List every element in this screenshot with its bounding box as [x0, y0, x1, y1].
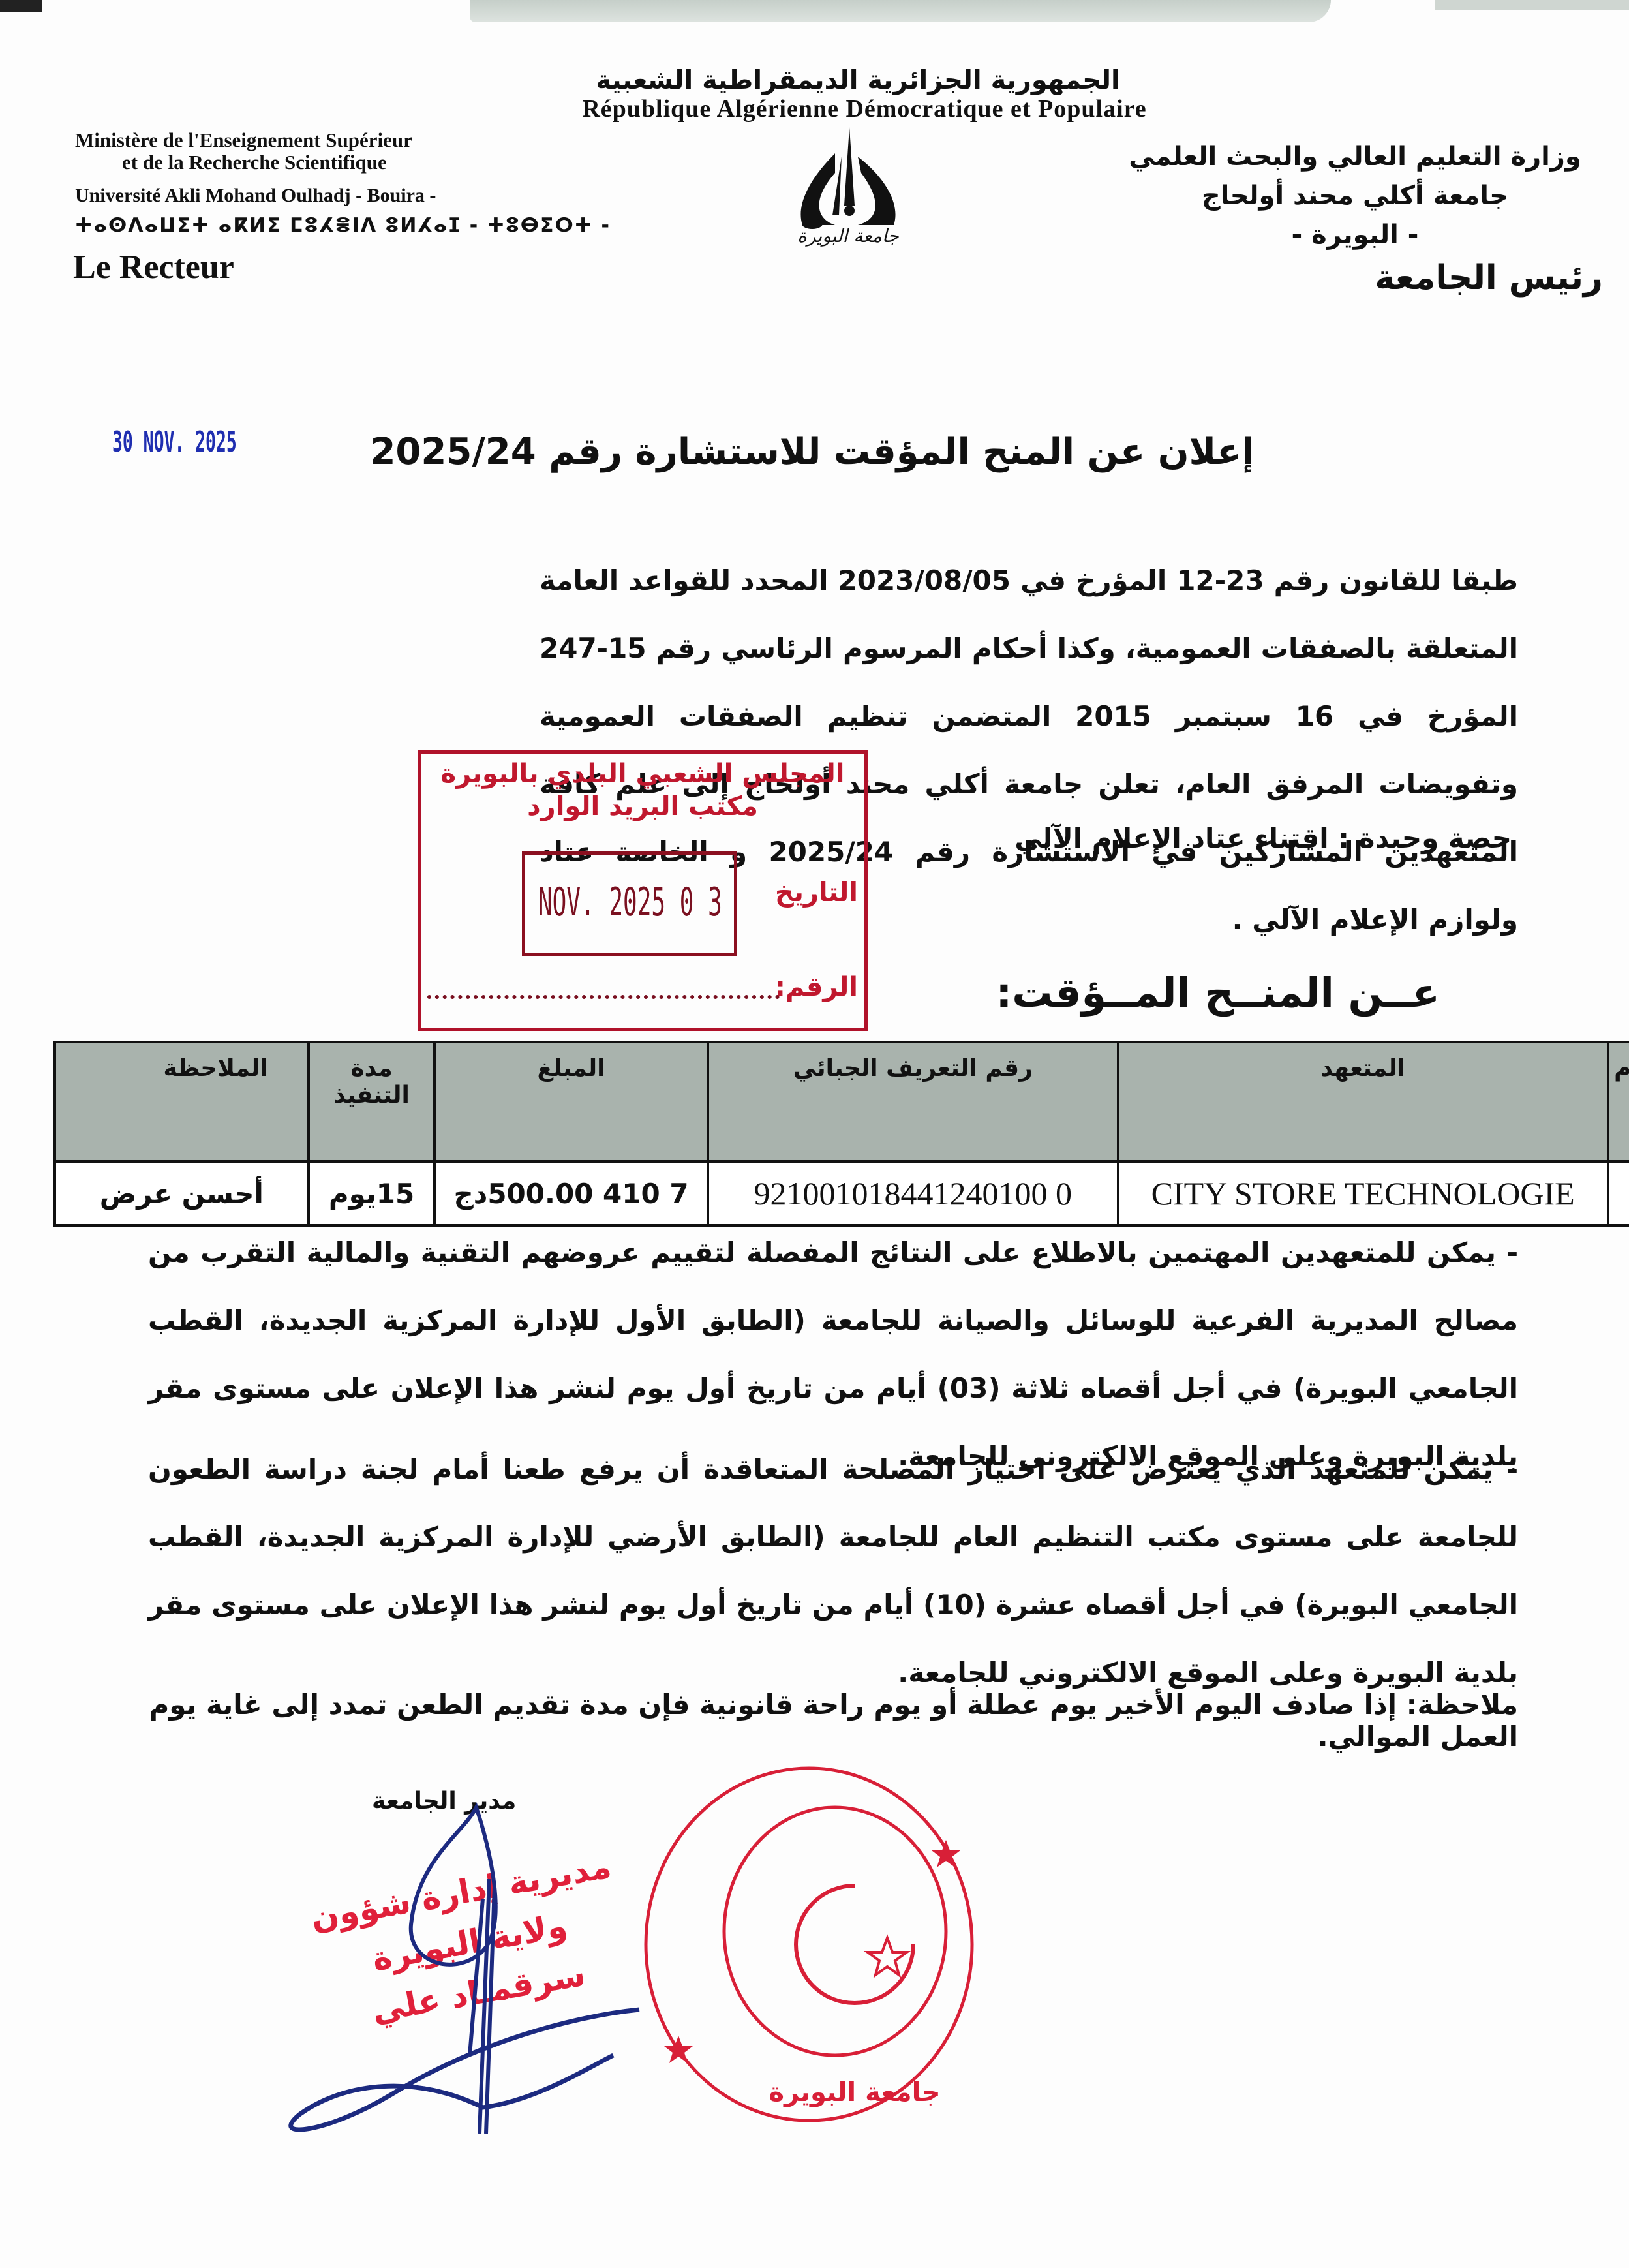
- handwritten-signature-icon: [248, 1794, 705, 2147]
- registry-stamp-dotted-line: [427, 995, 780, 999]
- ministry-ar: وزارة التعليم العالي والبحث العلمي: [1107, 137, 1603, 176]
- university-tifinagh: ⵜⴰⵙⴷⴰⵡⵉⵜ ⴰⴽⵍⵉ ⵎⵓⵃⴻⵏⴷ ⵓⵍⵃⴰⵊ - ⵜⵓⴱⵉⵔⵜ -: [75, 214, 611, 237]
- col-header-note: الملاحظة: [55, 1042, 309, 1161]
- rector-ar: رئيس الجامعة: [1107, 258, 1603, 298]
- note-paragraph: ملاحظة: إذا صادف اليوم الأخير يوم عطلة أ…: [83, 1689, 1518, 1753]
- col-header-amount: المبلغ: [434, 1042, 707, 1161]
- svg-text:جامعة البويرة: جامعة البويرة: [769, 2077, 940, 2107]
- cell-index: [1608, 1161, 1629, 1225]
- logo-caption: جامعة البويرة: [786, 225, 910, 247]
- registry-stamp-number-label: الرقم:: [775, 972, 858, 1002]
- cell-note: أحسن عرض: [55, 1161, 309, 1225]
- ministry-ar-block: وزارة التعليم العالي والبحث العلمي جامعة…: [1107, 137, 1603, 298]
- appeal-paragraph: - يمكن للمتعهد الذي يعترض على اختيار الم…: [148, 1435, 1518, 1707]
- registry-stamp: المجلس الشعبي البلدي بالبويرة مكتب البري…: [418, 750, 868, 1031]
- republic-name-fr: République Algérienne Démocratique et Po…: [457, 95, 1272, 123]
- cell-duration: 15يوم: [309, 1161, 435, 1225]
- university-fr: Université Akli Mohand Oulhadj - Bouira …: [75, 185, 436, 207]
- date-stamp: 30 NOV. 2025: [112, 425, 237, 459]
- cell-bidder: CITY STORE TECHNOLOGIE: [1118, 1161, 1608, 1225]
- photo-edge-dark: [0, 0, 42, 12]
- ministry-fr-line1: Ministère de l'Enseignement Supérieur: [75, 129, 662, 151]
- republic-name-ar: الجمهورية الجزائرية الديمقراطية الشعبية: [483, 65, 1233, 95]
- registry-stamp-date: 3 0 NOV. 2025: [538, 880, 722, 925]
- ministry-fr: Ministère de l'Enseignement Supérieur et…: [75, 129, 662, 174]
- ministry-fr-line2: et de la Recherche Scientifique: [75, 151, 662, 174]
- photo-edge-background: [1435, 0, 1629, 10]
- university-ar: جامعة أكلي محند أولحاج: [1107, 176, 1603, 215]
- provisional-award-table: م المتعهد رقم التعريف الجبائي المبلغ مدة…: [53, 1041, 1629, 1227]
- registry-stamp-line2: مكتب البريد الوارد: [421, 791, 864, 821]
- col-header-index: م: [1608, 1042, 1629, 1161]
- section-subtitle: عــن المنــح المــؤقت:: [996, 969, 1440, 1017]
- recteur-label: Le Recteur: [73, 248, 234, 286]
- table-row: CITY STORE TECHNOLOGIE 92100101844124010…: [55, 1161, 1629, 1225]
- city-ar: - البويرة -: [1107, 215, 1603, 254]
- cell-amount: 7 410 500.00دج: [434, 1161, 707, 1225]
- col-header-duration: مدة التنفيذ: [309, 1042, 435, 1161]
- registry-stamp-date-box: 3 0 NOV. 2025: [522, 851, 737, 956]
- cell-tax-id: 921001018441240100 0: [708, 1161, 1118, 1225]
- lot-description: حصة وحيدة : اقتناء عتاد الإعلام الآلي: [1014, 822, 1512, 854]
- document-title: إعلان عن المنح المؤقت للاستشارة رقم 2025…: [339, 431, 1285, 473]
- col-header-bidder: المتعهد: [1118, 1042, 1608, 1161]
- registry-stamp-line1: المجلس الشعبي البلدي بالبويرة: [421, 759, 864, 789]
- registry-stamp-date-label: التاريخ: [775, 878, 858, 908]
- col-header-tax-id: رقم التعريف الجبائي: [708, 1042, 1118, 1161]
- table-header-row: م المتعهد رقم التعريف الجبائي المبلغ مدة…: [55, 1042, 1629, 1161]
- photo-edge-background: [470, 0, 1331, 22]
